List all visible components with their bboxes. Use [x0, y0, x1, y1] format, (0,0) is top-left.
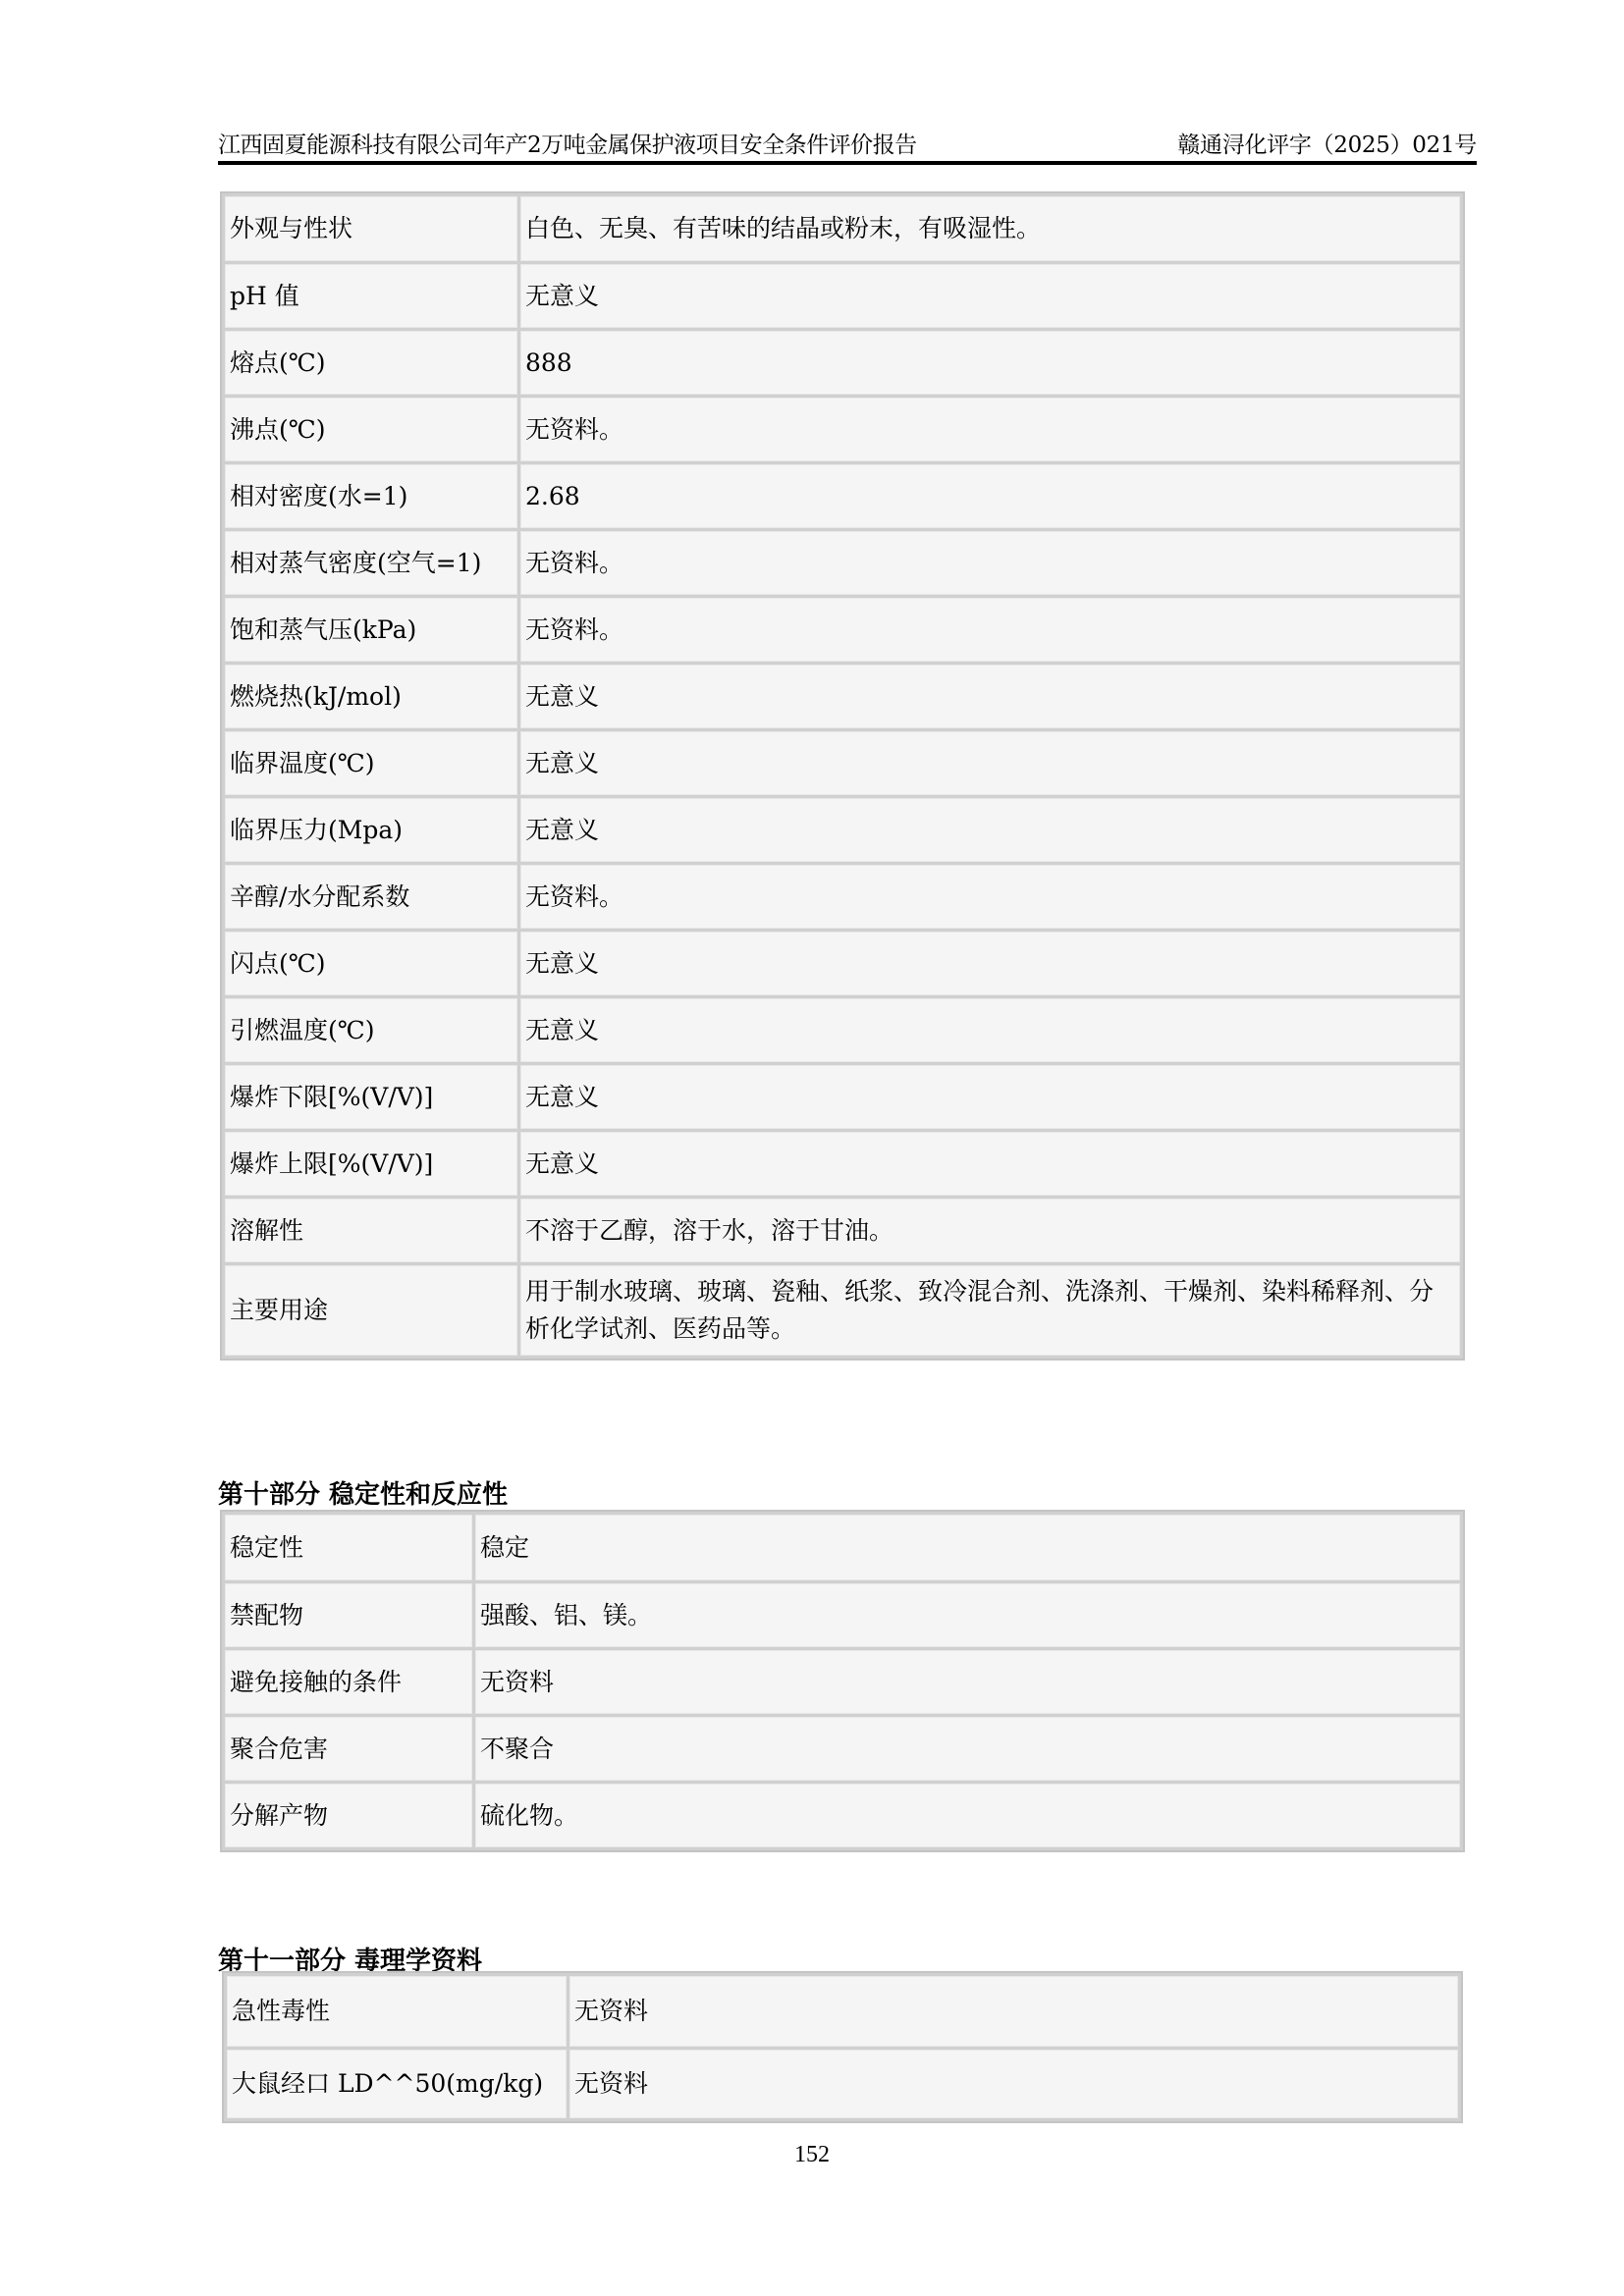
property-label: pH 值 — [225, 264, 517, 328]
property-value: 无资料。 — [520, 598, 1460, 662]
property-label: 闪点(℃) — [225, 932, 517, 995]
table-row: 辛醇/水分配系数 无资料。 — [225, 865, 1460, 929]
table-row: 闪点(℃) 无意义 — [225, 932, 1460, 995]
property-value: 无意义 — [520, 932, 1460, 995]
property-label: 主要用途 — [225, 1265, 517, 1356]
property-value: 不聚合 — [475, 1717, 1460, 1781]
property-label: 爆炸下限[%(V/V)] — [225, 1065, 517, 1129]
property-value: 强酸、铝、镁。 — [475, 1583, 1460, 1647]
report-number: 赣通浔化评字（2025）021号 — [1177, 127, 1477, 159]
table-row: 爆炸下限[%(V/V)] 无意义 — [225, 1065, 1460, 1129]
property-label: 溶解性 — [225, 1199, 517, 1262]
table-row: 相对蒸气密度(空气=1) 无资料。 — [225, 531, 1460, 595]
property-value: 无意义 — [520, 998, 1460, 1062]
property-value: 无意义 — [520, 665, 1460, 728]
page-number: 152 — [0, 2142, 1624, 2168]
table-row: 爆炸上限[%(V/V)] 无意义 — [225, 1132, 1460, 1196]
property-value: 无资料。 — [520, 398, 1460, 461]
property-label: 急性毒性 — [227, 1976, 567, 2047]
table-row: 聚合危害 不聚合 — [225, 1717, 1460, 1781]
toxicology-table: 急性毒性 无资料 大鼠经口 LD^^50(mg/kg) 无资料 — [222, 1971, 1463, 2123]
table-row: 禁配物 强酸、铝、镁。 — [225, 1583, 1460, 1647]
table-row: 临界压力(Mpa) 无意义 — [225, 798, 1460, 862]
table-row: 避免接触的条件 无资料 — [225, 1650, 1460, 1714]
property-value: 888 — [520, 331, 1460, 395]
table-row: 燃烧热(kJ/mol) 无意义 — [225, 665, 1460, 728]
table-row: 沸点(℃) 无资料。 — [225, 398, 1460, 461]
property-label: 沸点(℃) — [225, 398, 517, 461]
property-label: 禁配物 — [225, 1583, 472, 1647]
table-row: 饱和蒸气压(kPa) 无资料。 — [225, 598, 1460, 662]
property-label: 稳定性 — [225, 1515, 472, 1580]
property-value: 无资料。 — [520, 531, 1460, 595]
property-value: 稳定 — [475, 1515, 1460, 1580]
table-row: 急性毒性 无资料 — [227, 1976, 1458, 2047]
table-row: 临界温度(℃) 无意义 — [225, 731, 1460, 795]
property-label: 大鼠经口 LD^^50(mg/kg) — [227, 2050, 567, 2118]
table-row: 熔点(℃) 888 — [225, 331, 1460, 395]
table-row: 大鼠经口 LD^^50(mg/kg) 无资料 — [227, 2050, 1458, 2118]
property-label: 饱和蒸气压(kPa) — [225, 598, 517, 662]
property-value: 2.68 — [520, 464, 1460, 528]
stability-reactivity-table: 稳定性 稳定 禁配物 强酸、铝、镁。 避免接触的条件 无资料 聚合危害 不聚合 … — [220, 1510, 1465, 1852]
property-value: 不溶于乙醇，溶于水，溶于甘油。 — [520, 1199, 1460, 1262]
table-row: 溶解性 不溶于乙醇，溶于水，溶于甘油。 — [225, 1199, 1460, 1262]
property-value: 无意义 — [520, 1065, 1460, 1129]
property-value: 无意义 — [520, 798, 1460, 862]
table-row: 相对密度(水=1) 2.68 — [225, 464, 1460, 528]
table-row: 主要用途 用于制水玻璃、玻璃、瓷釉、纸浆、致冷混合剂、洗涤剂、干燥剂、染料稀释剂… — [225, 1265, 1460, 1356]
table-row: 引燃温度(℃) 无意义 — [225, 998, 1460, 1062]
property-label: 燃烧热(kJ/mol) — [225, 665, 517, 728]
section-10-title: 第十部分 稳定性和反应性 — [218, 1474, 508, 1511]
property-label: 熔点(℃) — [225, 331, 517, 395]
physical-properties-table: 外观与性状 白色、无臭、有苦味的结晶或粉末，有吸湿性。 pH 值 无意义 熔点(… — [220, 191, 1465, 1361]
table-row: pH 值 无意义 — [225, 264, 1460, 328]
property-value: 无资料 — [569, 2050, 1458, 2118]
property-label: 临界温度(℃) — [225, 731, 517, 795]
report-title: 江西固夏能源科技有限公司年产2万吨金属保护液项目安全条件评价报告 — [218, 127, 917, 159]
property-value: 无意义 — [520, 731, 1460, 795]
property-label: 聚合危害 — [225, 1717, 472, 1781]
property-value: 无意义 — [520, 1132, 1460, 1196]
table-row: 外观与性状 白色、无臭、有苦味的结晶或粉末，有吸湿性。 — [225, 196, 1460, 261]
table-row: 稳定性 稳定 — [225, 1515, 1460, 1580]
property-label: 临界压力(Mpa) — [225, 798, 517, 862]
property-value: 无意义 — [520, 264, 1460, 328]
property-label: 相对蒸气密度(空气=1) — [225, 531, 517, 595]
property-label: 辛醇/水分配系数 — [225, 865, 517, 929]
property-value: 硫化物。 — [475, 1784, 1460, 1847]
property-label: 引燃温度(℃) — [225, 998, 517, 1062]
table-row: 分解产物 硫化物。 — [225, 1784, 1460, 1847]
page-header: 江西固夏能源科技有限公司年产2万吨金属保护液项目安全条件评价报告 赣通浔化评字（… — [218, 132, 1477, 165]
property-value: 用于制水玻璃、玻璃、瓷釉、纸浆、致冷混合剂、洗涤剂、干燥剂、染料稀释剂、分析化学… — [520, 1265, 1460, 1356]
property-value: 无资料 — [475, 1650, 1460, 1714]
property-value: 无资料。 — [520, 865, 1460, 929]
property-label: 爆炸上限[%(V/V)] — [225, 1132, 517, 1196]
property-label: 分解产物 — [225, 1784, 472, 1847]
property-label: 外观与性状 — [225, 196, 517, 261]
property-label: 相对密度(水=1) — [225, 464, 517, 528]
property-value: 白色、无臭、有苦味的结晶或粉末，有吸湿性。 — [520, 196, 1460, 261]
property-label: 避免接触的条件 — [225, 1650, 472, 1714]
property-value: 无资料 — [569, 1976, 1458, 2047]
